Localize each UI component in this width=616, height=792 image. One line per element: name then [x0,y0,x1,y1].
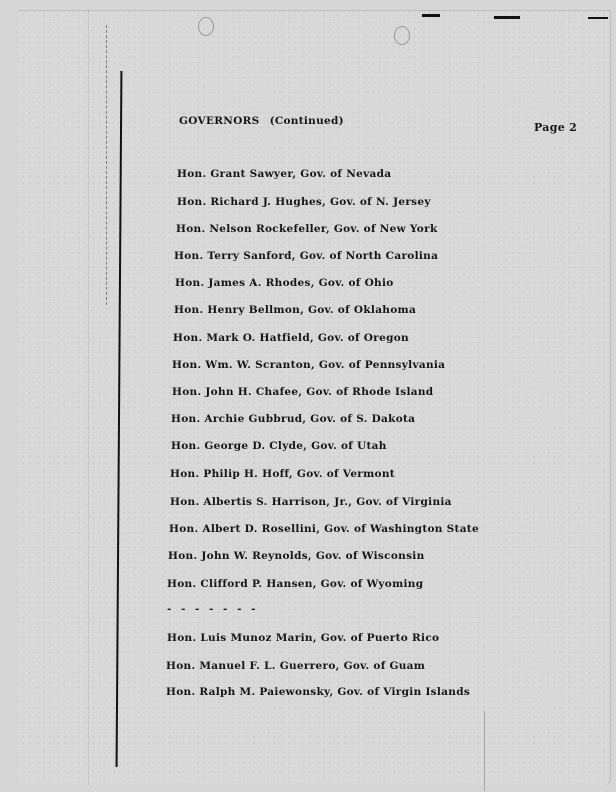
section-separator: - - - - - - - [167,603,258,615]
punch-hole-mark [394,26,410,45]
list-item: Hon. George D. Clyde, Gov. of Utah [171,440,387,452]
scan-mark [422,14,440,17]
list-item: Hon. Terry Sanford, Gov. of North Caroli… [174,250,438,262]
scan-mark [588,17,608,19]
list-item: Hon. Grant Sawyer, Gov. of Nevada [177,168,391,180]
list-item: Hon. Ralph M. Paiewonsky, Gov. of Virgin… [166,686,470,698]
list-item: Hon. Wm. W. Scranton, Gov. of Pennsylvan… [172,359,445,371]
page-number: Page 2 [534,121,577,134]
heading-title: GOVERNORS [179,115,260,127]
scan-mark [494,16,520,19]
margin-dashed-rule [106,25,108,305]
list-item: Hon. Manuel F. L. Guerrero, Gov. of Guam [166,660,425,672]
list-item: Hon. Albertis S. Harrison, Jr., Gov. of … [170,496,452,508]
list-item: Hon. Mark O. Hatfield, Gov. of Oregon [173,332,409,344]
list-item: Hon. Archie Gubbrud, Gov. of S. Dakota [171,413,415,425]
fold-line [484,711,485,791]
left-margin-strip [18,11,89,785]
list-item: Hon. Nelson Rockefeller, Gov. of New Yor… [176,223,438,235]
list-item: Hon. Clifford P. Hansen, Gov. of Wyoming [167,578,423,590]
heading-subtitle: (Continued) [270,115,344,127]
list-item: Hon. John W. Reynolds, Gov. of Wisconsin [168,550,425,562]
list-item: Hon. Philip H. Hoff, Gov. of Vermont [170,468,395,480]
list-item: Hon. Luis Munoz Marin, Gov. of Puerto Ri… [167,632,439,644]
list-item: Hon. James A. Rhodes, Gov. of Ohio [175,277,394,289]
page-heading: GOVERNORS(Continued) [179,115,344,127]
margin-rule [116,71,123,767]
punch-hole-mark [198,17,214,36]
list-item: Hon. Albert D. Rosellini, Gov. of Washin… [169,523,479,535]
list-item: Hon. Richard J. Hughes, Gov. of N. Jerse… [177,196,431,208]
list-item: Hon. Henry Bellmon, Gov. of Oklahoma [174,304,416,316]
list-item: Hon. John H. Chafee, Gov. of Rhode Islan… [172,386,433,398]
